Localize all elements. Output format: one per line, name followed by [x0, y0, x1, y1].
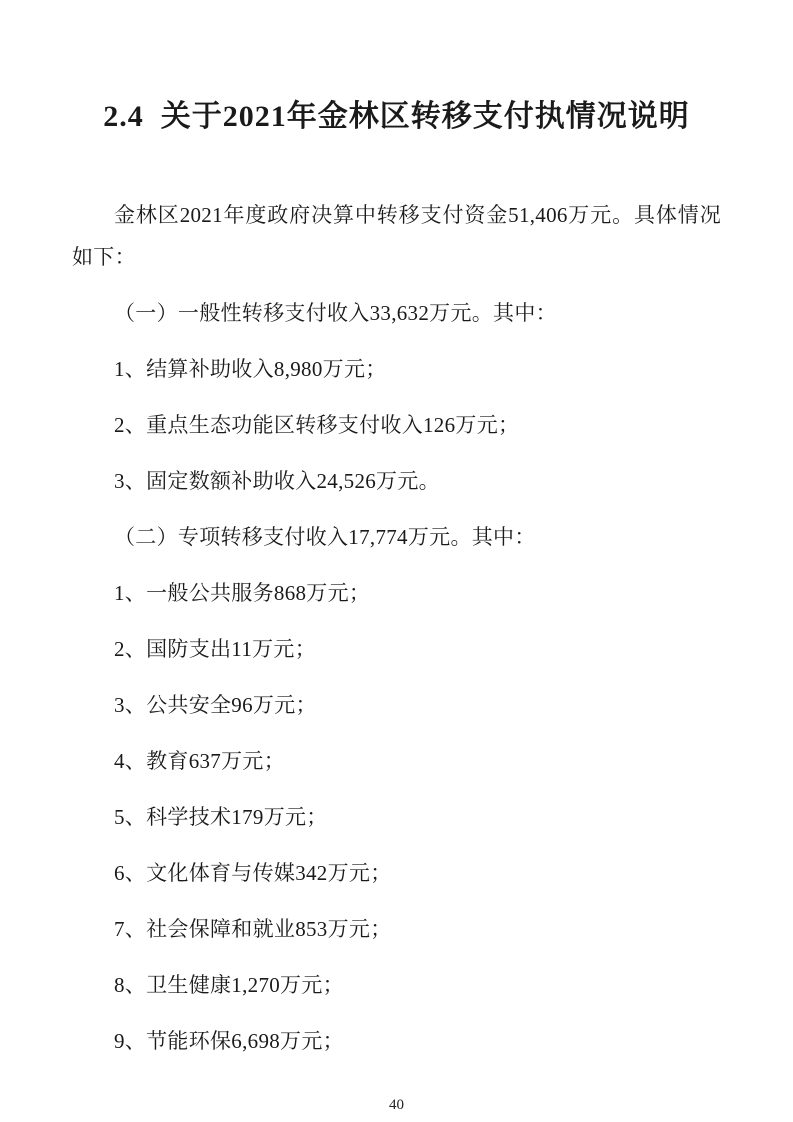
- section-2-item: 4、教育637万元；: [72, 740, 721, 782]
- section-2-item: 2、国防支出11万元；: [72, 628, 721, 670]
- section-2-item: 9、节能环保6,698万元；: [72, 1020, 721, 1062]
- section-2-item: 6、文化体育与传媒342万元；: [72, 852, 721, 894]
- page-content: 2.4 关于2021年金林区转移支付执情况说明 金林区2021年度政府决算中转移…: [0, 0, 793, 1062]
- intro-paragraph: 金林区2021年度政府决算中转移支付资金51,406万元。具体情况如下：: [72, 194, 721, 278]
- section-2-item: 3、公共安全96万元；: [72, 684, 721, 726]
- section-1-item: 3、固定数额补助收入24,526万元。: [72, 460, 721, 502]
- section-2-header: （二）专项转移支付收入17,774万元。其中：: [72, 516, 721, 558]
- section-2-item: 8、卫生健康1,270万元；: [72, 964, 721, 1006]
- section-heading: 2.4 关于2021年金林区转移支付执情况说明: [72, 97, 721, 136]
- document-page: 2.4 关于2021年金林区转移支付执情况说明 金林区2021年度政府决算中转移…: [0, 0, 793, 1122]
- section-1-item: 1、结算补助收入8,980万元；: [72, 348, 721, 390]
- section-2-item: 7、社会保障和就业853万元；: [72, 908, 721, 950]
- section-2-item: 1、一般公共服务868万元；: [72, 572, 721, 614]
- section-2-item: 5、科学技术179万元；: [72, 796, 721, 838]
- section-1-item: 2、重点生态功能区转移支付收入126万元；: [72, 404, 721, 446]
- page-number: 40: [0, 1097, 793, 1114]
- section-1-header: （一）一般性转移支付收入33,632万元。其中：: [72, 292, 721, 334]
